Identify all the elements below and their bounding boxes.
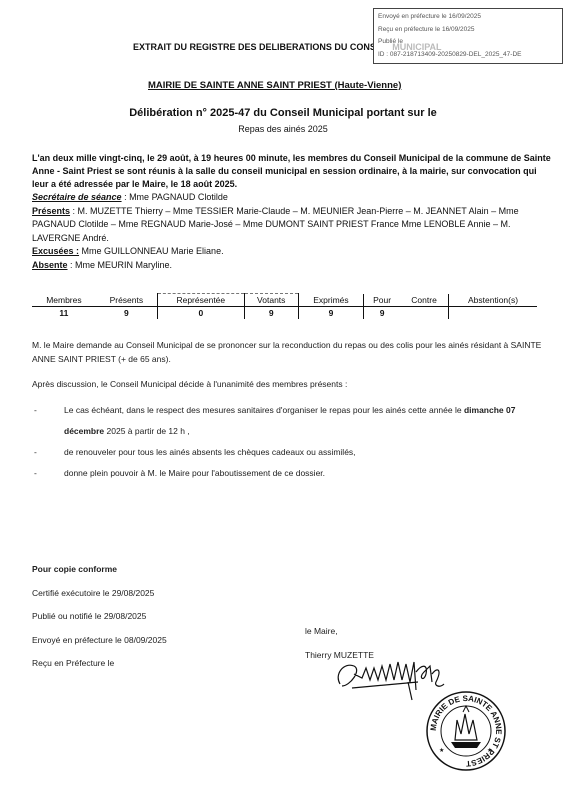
decision-item: - donne plein pouvoir à M. le Maire pour… — [32, 463, 552, 484]
value-representee: 0 — [157, 307, 244, 320]
register-title-tail: MUNICIPAL — [392, 42, 441, 52]
votes-table: Membres Présents Représentée Votants Exp… — [32, 293, 537, 319]
decision-list: - Le cas échéant, dans le respect des me… — [32, 400, 552, 484]
value-exprimes: 9 — [298, 307, 363, 320]
col-contre: Contre — [400, 294, 449, 307]
votes-value-row: 11 9 0 9 9 9 — [32, 307, 537, 320]
col-pour: Pour — [364, 294, 400, 307]
attendance-block: Secrétaire de séance : Mme PAGNAUD Cloti… — [32, 191, 552, 272]
svg-text:★: ★ — [487, 747, 492, 754]
secretary-label: Secrétaire de séance — [32, 192, 122, 202]
value-abstentions — [449, 307, 537, 320]
excused-line: Excusées : Mme GUILLONNEAU Marie Eliane. — [32, 245, 552, 259]
register-title: EXTRAIT DU REGISTRE DES DELIBERATIONS DU… — [133, 42, 442, 52]
present-label: Présents — [32, 206, 70, 216]
col-presents: Présents — [96, 294, 158, 307]
stamp-line-sent: Envoyé en préfecture le 16/09/2025 — [378, 11, 558, 24]
bullet-dash: - — [32, 442, 64, 463]
secretary-line: Secrétaire de séance : Mme PAGNAUD Cloti… — [32, 191, 552, 205]
value-presents: 9 — [96, 307, 158, 320]
decision-text-end: 2025 à partir de 12 h , — [104, 426, 190, 436]
value-contre — [400, 307, 449, 320]
certification-heading: Pour copie conforme — [32, 558, 167, 582]
bullet-dash: - — [32, 463, 64, 484]
register-title-main: EXTRAIT DU REGISTRE DES DELIBERATIONS DU… — [133, 42, 390, 52]
meeting-intro: L'an deux mille vingt-cinq, le 29 août, … — [32, 152, 552, 191]
certification-block: Pour copie conforme Certifié exécutoire … — [32, 558, 167, 676]
present-line: Présents : M. MUZETTE Thierry – Mme TESS… — [32, 205, 552, 246]
excused-value: Mme GUILLONNEAU Marie Eliane. — [79, 246, 224, 256]
prefecture-stamp: Envoyé en préfecture le 16/09/2025 Reçu … — [373, 8, 563, 64]
decision-item: - de renouveler pour tous les ainés abse… — [32, 442, 552, 463]
col-abstentions: Abstention(s) — [449, 294, 537, 307]
deliberation-subject: Repas des ainés 2025 — [0, 124, 566, 134]
votes-header-row: Membres Présents Représentée Votants Exp… — [32, 294, 537, 307]
decision-text: donne plein pouvoir à M. le Maire pour l… — [64, 463, 552, 484]
certification-published: Publié ou notifié le 29/08/2025 — [32, 605, 167, 629]
stamp-line-received: Reçu en préfecture le 16/09/2025 — [378, 24, 558, 37]
decision-text: de renouveler pour tous les ainés absent… — [64, 442, 552, 463]
mayor-request: M. le Maire demande au Conseil Municipal… — [32, 338, 542, 366]
col-exprimes: Exprimés — [298, 294, 363, 307]
mairie-heading: MAIRIE DE SAINTE ANNE SAINT PRIEST (Haut… — [148, 80, 401, 91]
value-votants: 9 — [244, 307, 298, 320]
present-value: : M. MUZETTE Thierry – Mme TESSIER Marie… — [32, 206, 519, 243]
signatory-role: le Maire, — [305, 620, 374, 644]
absent-line: Absente : Mme MEURIN Maryline. — [32, 259, 552, 273]
municipal-seal: MAIRIE DE SAINTE ANNE ST PRIEST ★ ★ — [425, 690, 507, 777]
value-membres: 11 — [32, 307, 96, 320]
certification-executory: Certifié exécutoire le 29/08/2025 — [32, 582, 167, 606]
decision-text: Le cas échéant, dans le respect des mesu… — [64, 405, 464, 415]
col-representee: Représentée — [157, 294, 244, 307]
absent-label: Absente — [32, 260, 68, 270]
svg-text:★: ★ — [439, 747, 444, 754]
decision-intro: Après discussion, le Conseil Municipal d… — [32, 377, 542, 391]
bullet-dash: - — [32, 400, 64, 442]
certification-received: Reçu en Préfecture le — [32, 652, 167, 676]
excused-label: Excusées : — [32, 246, 79, 256]
deliberation-title: Délibération n° 2025-47 du Conseil Munic… — [0, 107, 566, 119]
col-membres: Membres — [32, 294, 96, 307]
col-votants: Votants — [244, 294, 298, 307]
value-pour: 9 — [364, 307, 400, 320]
certification-sent: Envoyé en préfecture le 08/09/2025 — [32, 629, 167, 653]
absent-value: : Mme MEURIN Maryline. — [68, 260, 173, 270]
decision-item: - Le cas échéant, dans le respect des me… — [32, 400, 552, 442]
secretary-value: : Mme PAGNAUD Clotilde — [122, 192, 228, 202]
